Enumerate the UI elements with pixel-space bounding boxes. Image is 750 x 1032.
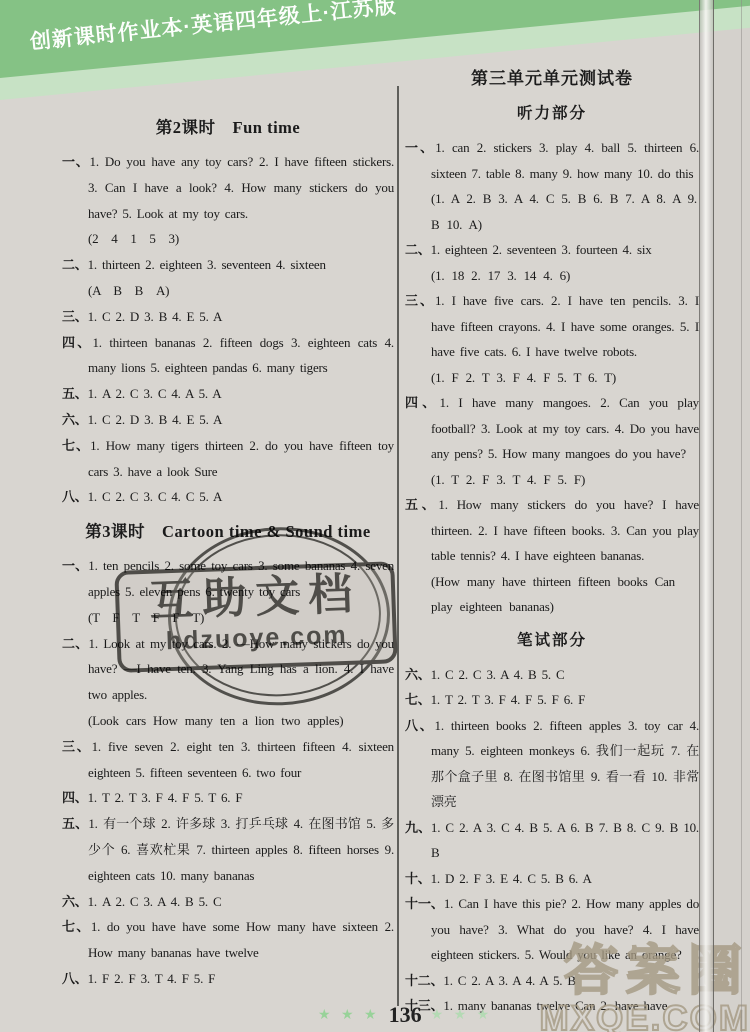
answer-marker: 四、	[62, 335, 92, 350]
answer-marker: 七、	[62, 919, 91, 934]
answer-text: 1. Can I have this pie? 2. How many appl…	[431, 896, 699, 962]
answer-block: 五、1. 有一个球 2. 许多球 3. 打乒乓球 4. 在图书馆 5. 多少个 …	[62, 811, 394, 888]
section-lesson-2: 第2课时 Fun time 一、1. Do you have any toy c…	[62, 115, 394, 510]
answer-note: (Look cars How many ten a lion two apple…	[88, 708, 394, 734]
answer-text: 1. can 2. stickers 3. play 4. ball 5. th…	[431, 140, 699, 181]
answer-text: 1. thirteen 2. eighteen 3. seventeen 4. …	[88, 257, 326, 272]
page-footer: ★ ★ ★ 136 ★ ★ ★	[318, 1002, 492, 1028]
answer-marker: 八、	[62, 489, 88, 504]
answer-marker: 八、	[62, 971, 88, 986]
answer-text: 1. C 2. D 3. B 4. E 5. A	[88, 309, 223, 324]
left-column: 第2课时 Fun time 一、1. Do you have any toy c…	[62, 106, 394, 992]
answer-text: 1. How many stickers do you have? I have…	[431, 497, 699, 563]
answer-list: 一、1. can 2. stickers 3. play 4. ball 5. …	[405, 135, 699, 620]
answer-marker: 三、	[405, 293, 435, 308]
answer-marker: 六、	[405, 667, 431, 682]
answer-block: 六、1. C 2. D 3. B 4. E 5. A	[62, 407, 394, 433]
answer-text: 1. eighteen 2. seventeen 3. fourteen 4. …	[431, 242, 652, 257]
answer-block: 二、1. thirteen 2. eighteen 3. seventeen 4…	[62, 252, 394, 304]
section-listening: 听力部分 一、1. can 2. stickers 3. play 4. bal…	[405, 101, 699, 620]
answer-text: 1. A 2. C 3. A 4. B 5. C	[88, 894, 222, 909]
answer-marker: 一、	[62, 154, 90, 169]
answer-block: 三、1. I have five cars. 2. I have ten pen…	[405, 288, 699, 390]
star-icons-right: ★ ★ ★	[431, 1007, 493, 1023]
answer-marker: 二、	[62, 636, 89, 651]
answer-text: 1. Look at my toy cars. 2. —How many sti…	[88, 636, 394, 703]
answer-block: 四、1. thirteen bananas 2. fifteen dogs 3.…	[62, 330, 394, 382]
answer-note: (1. T 2. F 3. T 4. F 5. F)	[431, 467, 699, 493]
answer-marker: 十一、	[405, 896, 444, 911]
answer-text: 1. five seven 2. eight ten 3. thirteen f…	[88, 739, 394, 780]
answer-block: 五、1. How many stickers do you have? I ha…	[405, 492, 699, 620]
answer-block: 七、1. do you have have some How many have…	[62, 914, 394, 966]
answer-text: 1. T 2. T 3. F 4. F 5. F 6. F	[431, 692, 586, 707]
answer-block: 九、1. C 2. A 3. C 4. B 5. A 6. B 7. B 8. …	[405, 815, 699, 866]
answer-text: 1. T 2. T 3. F 4. F 5. T 6. F	[88, 790, 243, 805]
answer-marker: 五、	[405, 497, 438, 512]
answer-marker: 五、	[62, 386, 88, 401]
answer-marker: 六、	[62, 412, 88, 427]
answer-block: 四、1. T 2. T 3. F 4. F 5. T 6. F	[62, 785, 394, 811]
answer-marker: 八、	[405, 718, 435, 733]
answer-block: 一、1. ten pencils 2. some toy cars 3. som…	[62, 553, 394, 630]
answer-text: 1. ten pencils 2. some toy cars 3. some …	[88, 558, 394, 599]
section-title: 第3课时 Cartoon time & Sound time	[62, 519, 394, 545]
answer-marker: 三、	[62, 309, 88, 324]
answer-note: (1. A 2. B 3. A 4. C 5. B 6. B 7. A 8. A…	[431, 186, 699, 237]
answer-list: 六、1. C 2. C 3. A 4. B 5. C 七、1. T 2. T 3…	[405, 662, 699, 1019]
answer-text: 1. A 2. C 3. C 4. A 5. A	[88, 386, 222, 401]
answer-text: 1. C 2. C 3. A 4. B 5. C	[431, 667, 565, 682]
answer-note: (A B B A)	[88, 278, 394, 304]
answer-text: 1. D 2. F 3. E 4. C 5. B 6. A	[431, 871, 592, 886]
answer-list: 一、1. ten pencils 2. some toy cars 3. som…	[62, 553, 394, 992]
page-number: 136	[389, 1002, 422, 1028]
section-subtitle: 听力部分	[405, 101, 699, 127]
answer-marker: 五、	[62, 816, 88, 831]
answer-block: 十二、1. C 2. A 3. A 4. A 5. B	[405, 968, 699, 994]
answer-block: 一、1. Do you have any toy cars? 2. I have…	[62, 149, 394, 252]
page-edge-line	[741, 0, 742, 1032]
section-lesson-3: 第3课时 Cartoon time & Sound time 一、1. ten …	[62, 519, 394, 992]
answer-marker: 四、	[62, 790, 88, 805]
answer-text: 1. How many tigers thirteen 2. do you ha…	[88, 438, 394, 479]
answer-marker: 六、	[62, 894, 88, 909]
answer-marker: 四、	[405, 395, 440, 410]
answer-note: (How many have thirteen fifteen books Ca…	[431, 569, 699, 620]
answer-text: 1. Do you have any toy cars? 2. I have f…	[88, 154, 394, 221]
answer-block: 七、1. How many tigers thirteen 2. do you …	[62, 433, 394, 485]
answer-block: 八、1. thirteen books 2. fifteen apples 3.…	[405, 713, 699, 815]
answer-block: 二、1. eighteen 2. seventeen 3. fourteen 4…	[405, 237, 699, 288]
star-icons-left: ★ ★ ★	[318, 1007, 380, 1023]
answer-block: 六、1. A 2. C 3. A 4. B 5. C	[62, 889, 394, 915]
answer-text: 1. I have five cars. 2. I have ten penci…	[431, 293, 699, 359]
section-title: 第2课时 Fun time	[62, 115, 394, 141]
answer-block: 二、1. Look at my toy cars. 2. —How many s…	[62, 631, 394, 734]
answer-text: 1. thirteen books 2. fifteen apples 3. t…	[431, 718, 699, 810]
answer-text: 1. C 2. A 3. C 4. B 5. A 6. B 7. B 8. C …	[431, 820, 699, 861]
answer-text: 1. thirteen bananas 2. fifteen dogs 3. e…	[88, 335, 394, 376]
answer-text: 1. F 2. F 3. T 4. F 5. F	[88, 971, 216, 986]
answer-marker: 九、	[405, 820, 431, 835]
answer-block: 八、1. F 2. F 3. T 4. F 5. F	[62, 966, 394, 992]
section-written: 笔试部分 六、1. C 2. C 3. A 4. B 5. C 七、1. T 2…	[405, 628, 699, 1019]
unit-test-title: 第三单元单元测试卷	[405, 66, 699, 92]
answer-block: 一、1. can 2. stickers 3. play 4. ball 5. …	[405, 135, 699, 237]
answer-block: 十、1. D 2. F 3. E 4. C 5. B 6. A	[405, 866, 699, 892]
answer-block: 三、1. five seven 2. eight ten 3. thirteen…	[62, 734, 394, 786]
answer-block: 七、1. T 2. T 3. F 4. F 5. F 6. F	[405, 687, 699, 713]
page-edge	[714, 0, 750, 1032]
answer-block: 五、1. A 2. C 3. C 4. A 5. A	[62, 381, 394, 407]
answer-block: 四、1. I have many mangoes. 2. Can you pla…	[405, 390, 699, 492]
answer-block: 三、1. C 2. D 3. B 4. E 5. A	[62, 304, 394, 330]
answer-marker: 一、	[62, 558, 88, 573]
answer-text: 1. 有一个球 2. 许多球 3. 打乒乓球 4. 在图书馆 5. 多少个 6.…	[88, 816, 394, 883]
answer-text: 1. C 2. C 3. C 4. C 5. A	[88, 489, 223, 504]
section-subtitle: 笔试部分	[405, 628, 699, 654]
answer-marker: 三、	[62, 739, 92, 754]
answer-text: 1. C 2. A 3. A 4. A 5. B	[443, 973, 575, 988]
answer-list: 一、1. Do you have any toy cars? 2. I have…	[62, 149, 394, 510]
workbook-answer-page: 创新课时作业本·英语四年级上·江苏版 第2课时 Fun time 一、1. Do…	[0, 0, 750, 1032]
answer-marker: 一、	[405, 140, 435, 155]
answer-text: 1. I have many mangoes. 2. Can you play …	[431, 395, 699, 461]
answer-note: (2 4 1 5 3)	[88, 226, 394, 252]
answer-block: 六、1. C 2. C 3. A 4. B 5. C	[405, 662, 699, 688]
answer-block: 十一、1. Can I have this pie? 2. How many a…	[405, 891, 699, 968]
answer-text: 1. C 2. D 3. B 4. E 5. A	[88, 412, 223, 427]
answer-note: (T F T F F T)	[88, 605, 394, 631]
answer-block: 八、1. C 2. C 3. C 4. C 5. A	[62, 484, 394, 510]
answer-marker: 二、	[62, 257, 88, 272]
answer-marker: 七、	[405, 692, 431, 707]
answer-marker: 十、	[405, 871, 431, 886]
column-divider	[397, 86, 399, 1006]
answer-note: (1. 18 2. 17 3. 14 4. 6)	[431, 263, 699, 289]
answer-marker: 七、	[62, 438, 90, 453]
answer-text: 1. do you have have some How many have s…	[88, 919, 394, 960]
right-column: 第三单元单元测试卷 听力部分 一、1. can 2. stickers 3. p…	[405, 66, 699, 1019]
book-spine	[699, 0, 714, 1032]
answer-marker: 十二、	[405, 973, 443, 988]
answer-marker: 二、	[405, 242, 431, 257]
answer-note: (1. F 2. T 3. F 4. F 5. T 6. T)	[431, 365, 699, 391]
